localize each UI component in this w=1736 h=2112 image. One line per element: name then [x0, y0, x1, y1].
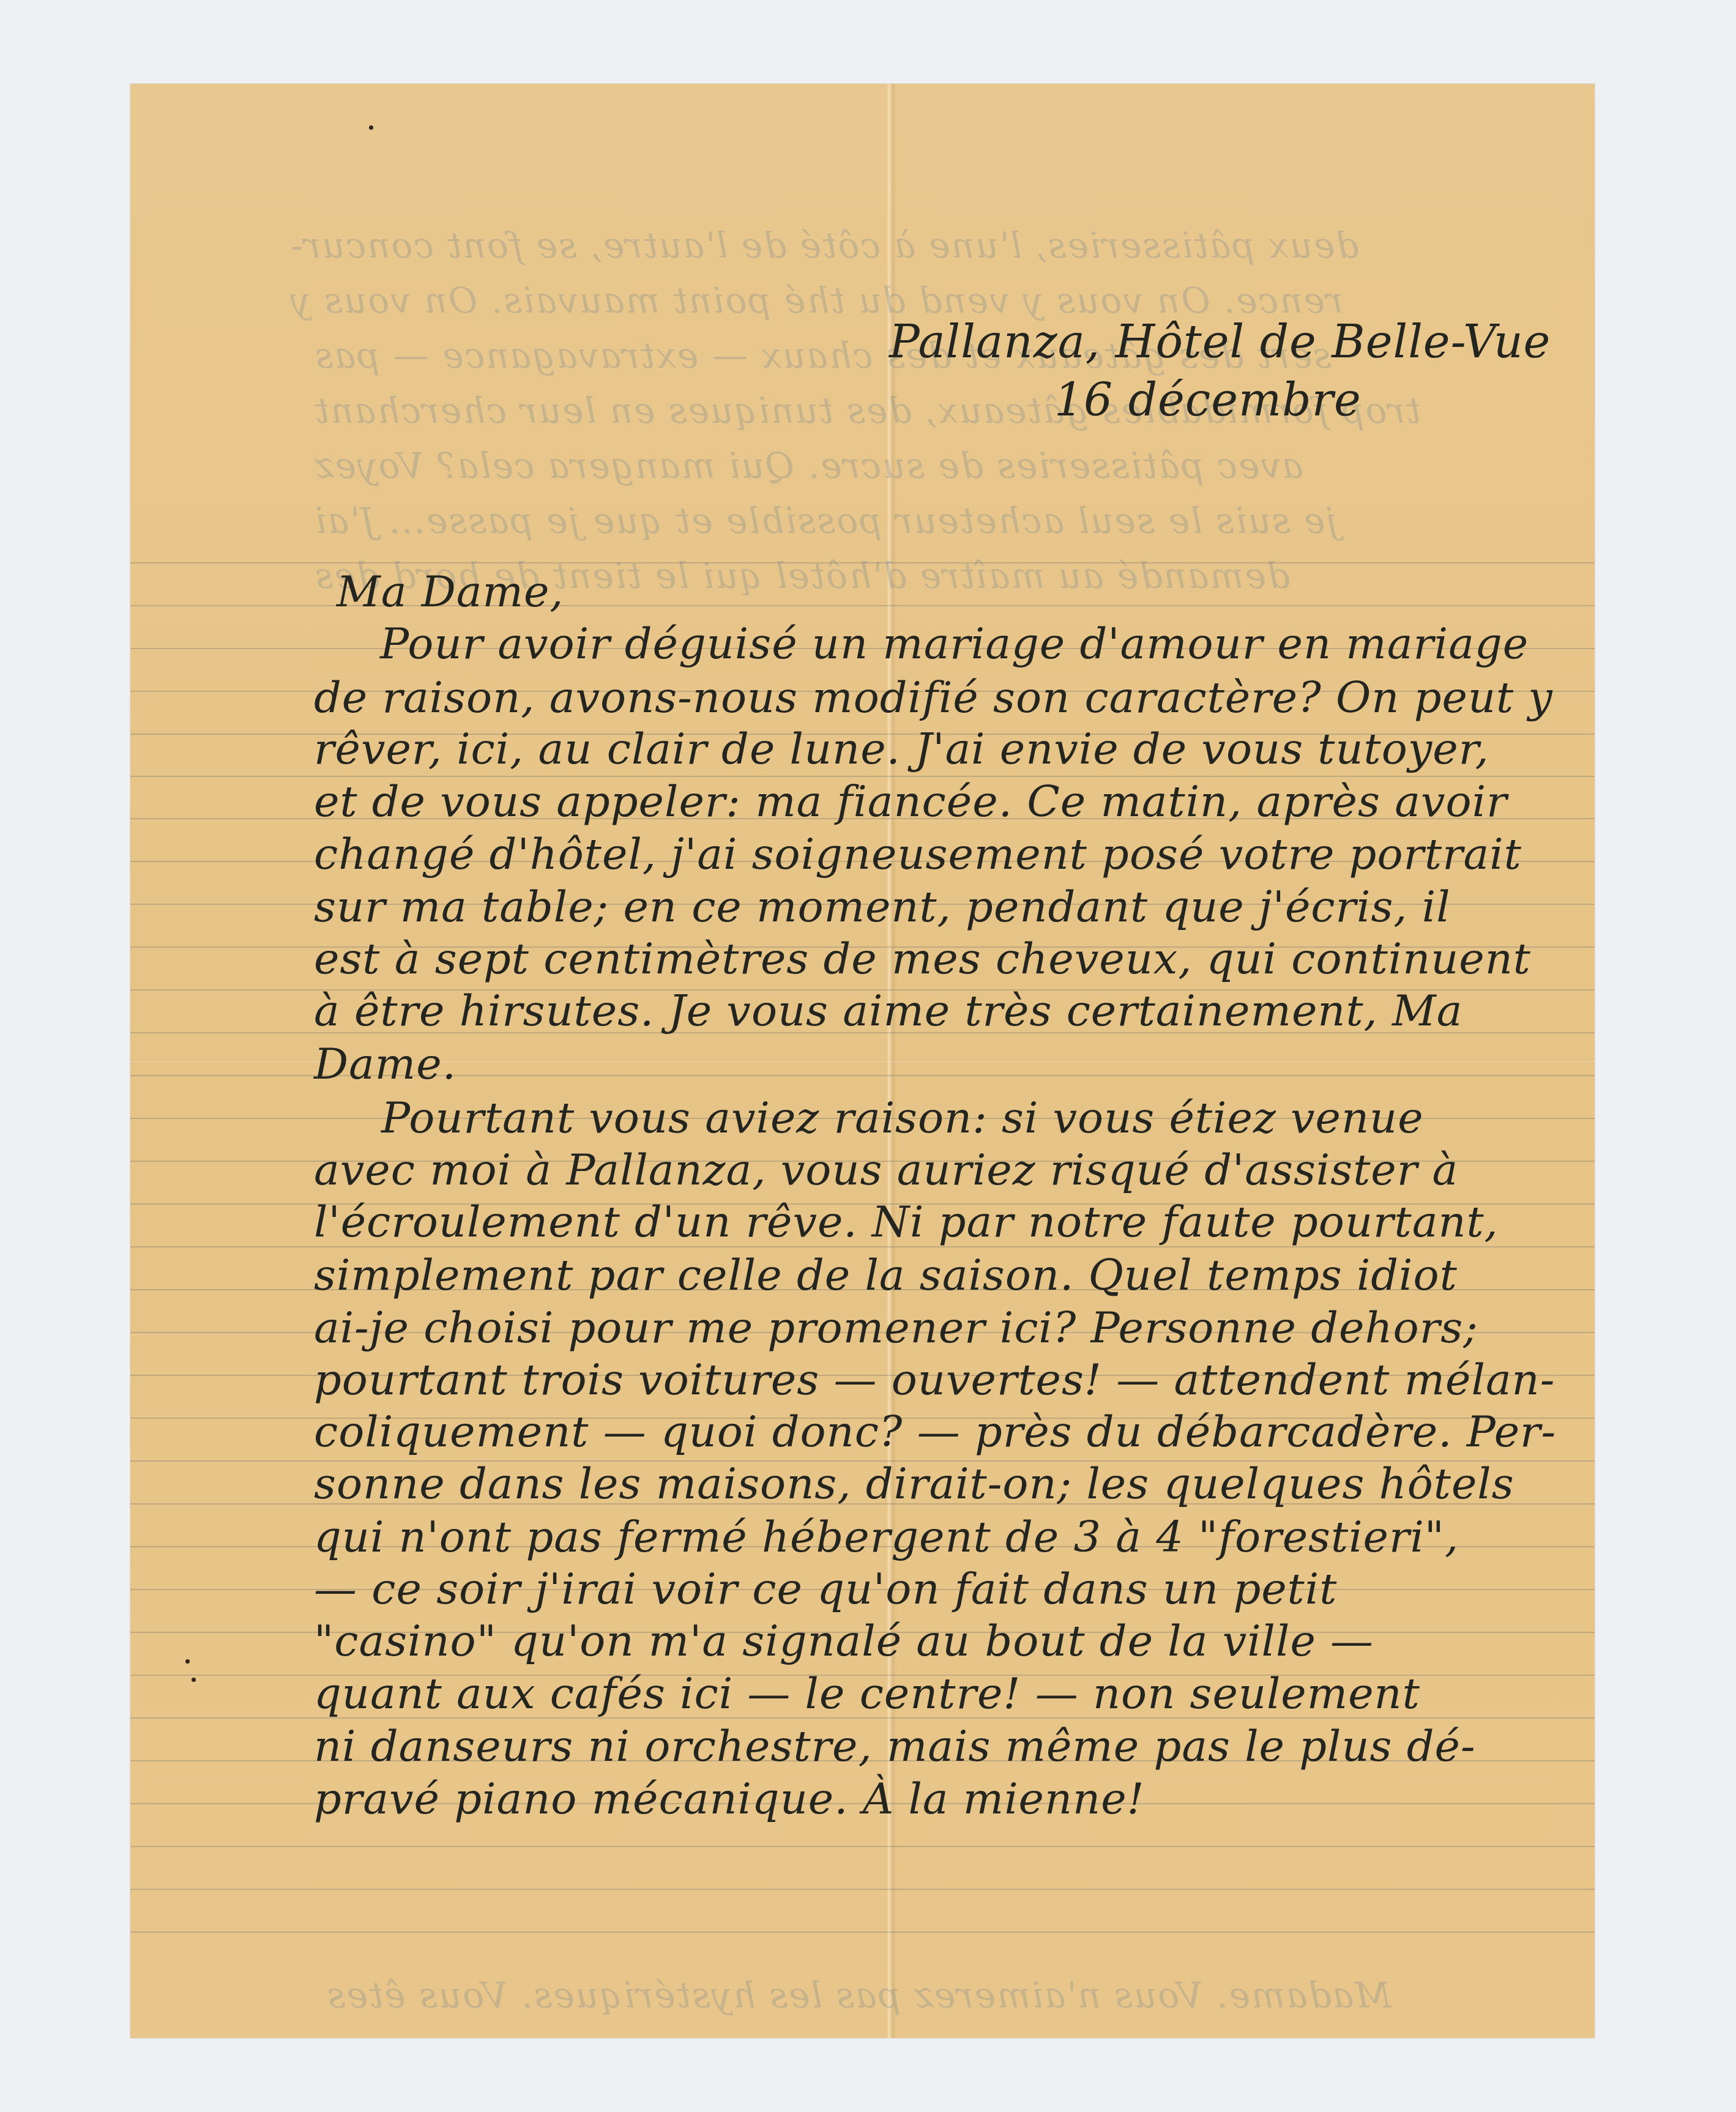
letter-line: Pour avoir déguisé un mariage d'amour en…: [380, 622, 1529, 665]
letter-line: "casino" qu'on m'a signalé au bout de la…: [314, 1619, 1374, 1662]
letter-line: — ce soir j'irai voir ce qu'on fait dans…: [314, 1567, 1337, 1610]
letter-line: Dame.: [314, 1043, 456, 1085]
letter-line: de raison, avons-nous modifié son caract…: [314, 676, 1553, 719]
letter-line: est à sept centimètres de mes cheveux, q…: [314, 937, 1531, 980]
letter-line: ai-je choisi pour me promener ici? Perso…: [314, 1306, 1478, 1349]
show-through-line: deux pâtisseries, l'une à côté de l'autr…: [289, 225, 1359, 266]
letter-line: ni danseurs ni orchestre, mais même pas …: [314, 1725, 1476, 1768]
letter-line: et de vous appeler: ma fiancée. Ce matin…: [314, 780, 1508, 823]
letter-line: qui n'ont pas fermé hébergent de 3 à 4 "…: [314, 1515, 1459, 1558]
paper-speck: [192, 1678, 196, 1682]
letter-line: Pourtant vous aviez raison: si vous étie…: [381, 1096, 1424, 1139]
ruled-line: [130, 1846, 1595, 1847]
show-through-line: je suis le seul acheteur possible et que…: [314, 500, 1338, 541]
letter-line: changé d'hôtel, j'ai soigneusement posé …: [314, 833, 1522, 876]
letter-line: pravé piano mécanique. À la mienne!: [314, 1777, 1145, 1820]
ruled-line: [130, 1932, 1595, 1933]
show-through-line: avec pâtisseries de sucre. Qui mangera c…: [314, 445, 1303, 486]
letter-place: Pallanza, Hôtel de Belle-Vue: [889, 319, 1551, 365]
salutation: Ma Dame,: [337, 570, 564, 613]
letter-line: rêver, ici, au clair de lune. J'ai envie…: [314, 727, 1489, 770]
letter-line: quant aux cafés ici — le centre! — non s…: [314, 1672, 1420, 1715]
letter-line: avec moi à Pallanza, vous auriez risqué …: [314, 1148, 1458, 1191]
letter-date: 16 décembre: [1054, 377, 1362, 423]
show-through-line: rence. On vous y vend du thé point mauva…: [289, 280, 1343, 321]
letter-line: sonne dans les maisons, dirait-on; les q…: [314, 1462, 1514, 1505]
show-through-line: Madame. Vous n'aimerez pas les hystériqu…: [326, 1974, 1391, 2016]
letter-line: simplement par celle de la saison. Quel …: [314, 1254, 1458, 1296]
letter-line: l'écroulement d'un rêve. Ni par notre fa…: [314, 1200, 1499, 1243]
letter-line: à être hirsutes. Je vous aime très certa…: [314, 989, 1462, 1032]
paper-speck: [369, 125, 373, 130]
ruled-line: [130, 1889, 1595, 1890]
letter-line: coliquement — quoi donc? — près du débar…: [314, 1410, 1556, 1453]
letter-line: pourtant trois voitures — ouvertes! — at…: [314, 1358, 1555, 1401]
paper-speck: [185, 1659, 190, 1664]
letter-paper: deux pâtisseries, l'une à côté de l'autr…: [130, 84, 1595, 2038]
letter-line: sur ma table; en ce moment, pendant que …: [314, 885, 1451, 928]
